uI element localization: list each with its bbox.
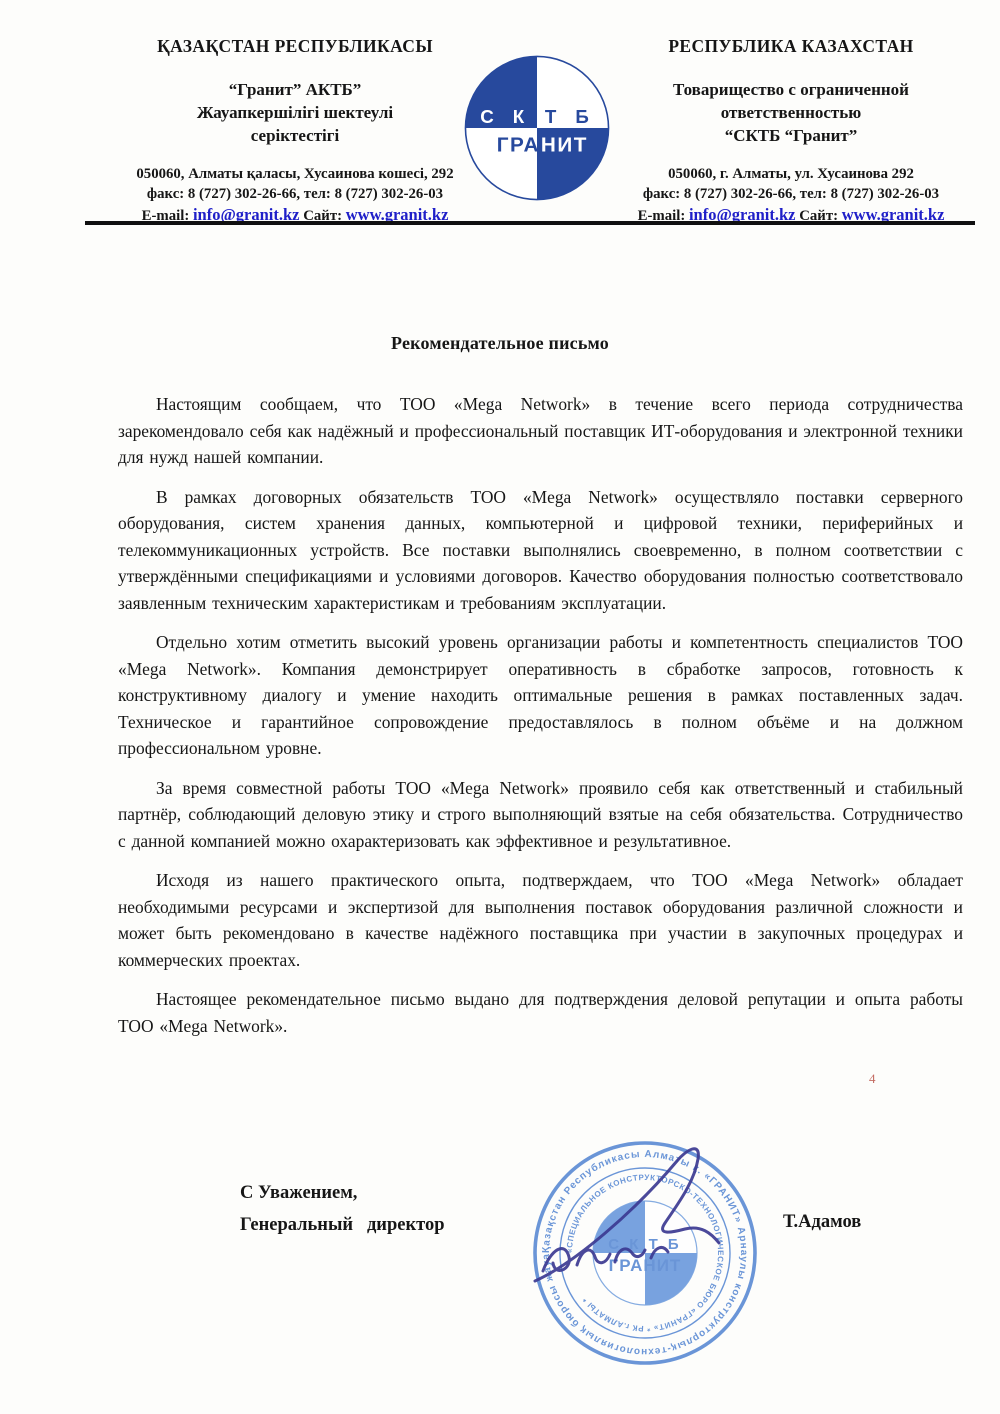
paragraph: Настоящее рекомендательное письмо выдано…: [118, 986, 963, 1039]
company-logo-icon: С К Т Б ГРА НИТ: [463, 54, 611, 202]
company-name-kk-line1: “Гранит” АКТБ”: [85, 78, 505, 101]
closing-line: С Уважением,: [240, 1183, 357, 1204]
letter-page: ҚАЗАҚСТАН РЕСПУБЛИКАСЫ “Гранит” АКТБ” Жа…: [0, 0, 1000, 1414]
logo-text-nit: НИТ: [541, 134, 588, 157]
scan-artifact: 4: [869, 1071, 876, 1087]
company-stamp: Қазақстан Республикасы Алматы қ. «ГРАНИТ…: [505, 1103, 795, 1403]
header-divider-rule: [85, 221, 975, 225]
header-left: ҚАЗАҚСТАН РЕСПУБЛИКАСЫ “Гранит” АКТБ” Жа…: [85, 36, 505, 227]
paragraph: Отдельно хотим отметить высокий уровень …: [118, 629, 963, 762]
logo-text-sk: С К: [480, 106, 531, 127]
company-name-kk-line3: серіктестігі: [85, 124, 505, 147]
header-right: РЕСПУБЛИКА КАЗАХСТАН Товарищество с огра…: [605, 36, 977, 227]
address-ru: 050060, г. Алматы, ул. Хусаинова 292: [605, 164, 977, 184]
logo-text-tb: Т Б: [545, 106, 596, 127]
paragraph: За время совместной работы ТОО «Mega Net…: [118, 775, 963, 855]
company-logo: С К Т Б ГРА НИТ: [463, 54, 611, 202]
company-name-ru-line3: “СКТБ “Гранит”: [605, 124, 977, 147]
company-name-ru-line1: Товарищество с ограниченной: [605, 78, 977, 101]
phone-fax-kk: факс: 8 (727) 302-26-66, тел: 8 (727) 30…: [85, 184, 505, 204]
director-title: Генеральный директор: [240, 1215, 445, 1236]
paragraph: Настоящим сообщаем, что ТОО «Mega Networ…: [118, 391, 963, 471]
company-name-ru-line2: ответственностью: [605, 101, 977, 124]
stamp-icon: Қазақстан Республикасы Алматы қ. «ГРАНИТ…: [505, 1103, 795, 1403]
country-name-ru: РЕСПУБЛИКА КАЗАХСТАН: [605, 36, 977, 57]
letter-title: Рекомендательное письмо: [0, 333, 1000, 354]
phone-fax-ru: факс: 8 (727) 302-26-66, тел: 8 (727) 30…: [605, 184, 977, 204]
address-kk: 050060, Алматы қаласы, Хусаинова кошесі,…: [85, 164, 505, 184]
logo-text-gra: ГРА: [497, 134, 540, 157]
company-name-kk: “Гранит” АКТБ” Жауапкершілігі шектеулі с…: [85, 78, 505, 147]
paragraph: В рамках договорных обязательств ТОО «Me…: [118, 484, 963, 617]
stamp-center-bottom-text: ГРАНИТ: [609, 1256, 682, 1275]
letter-body: Настоящим сообщаем, что ТОО «Mega Networ…: [118, 391, 963, 1052]
company-name-ru: Товарищество с ограниченной ответственно…: [605, 78, 977, 147]
paragraph: Исходя из нашего практического опыта, по…: [118, 867, 963, 973]
country-name-kk: ҚАЗАҚСТАН РЕСПУБЛИКАСЫ: [85, 36, 505, 57]
company-name-kk-line2: Жауапкершілігі шектеулі: [85, 101, 505, 124]
